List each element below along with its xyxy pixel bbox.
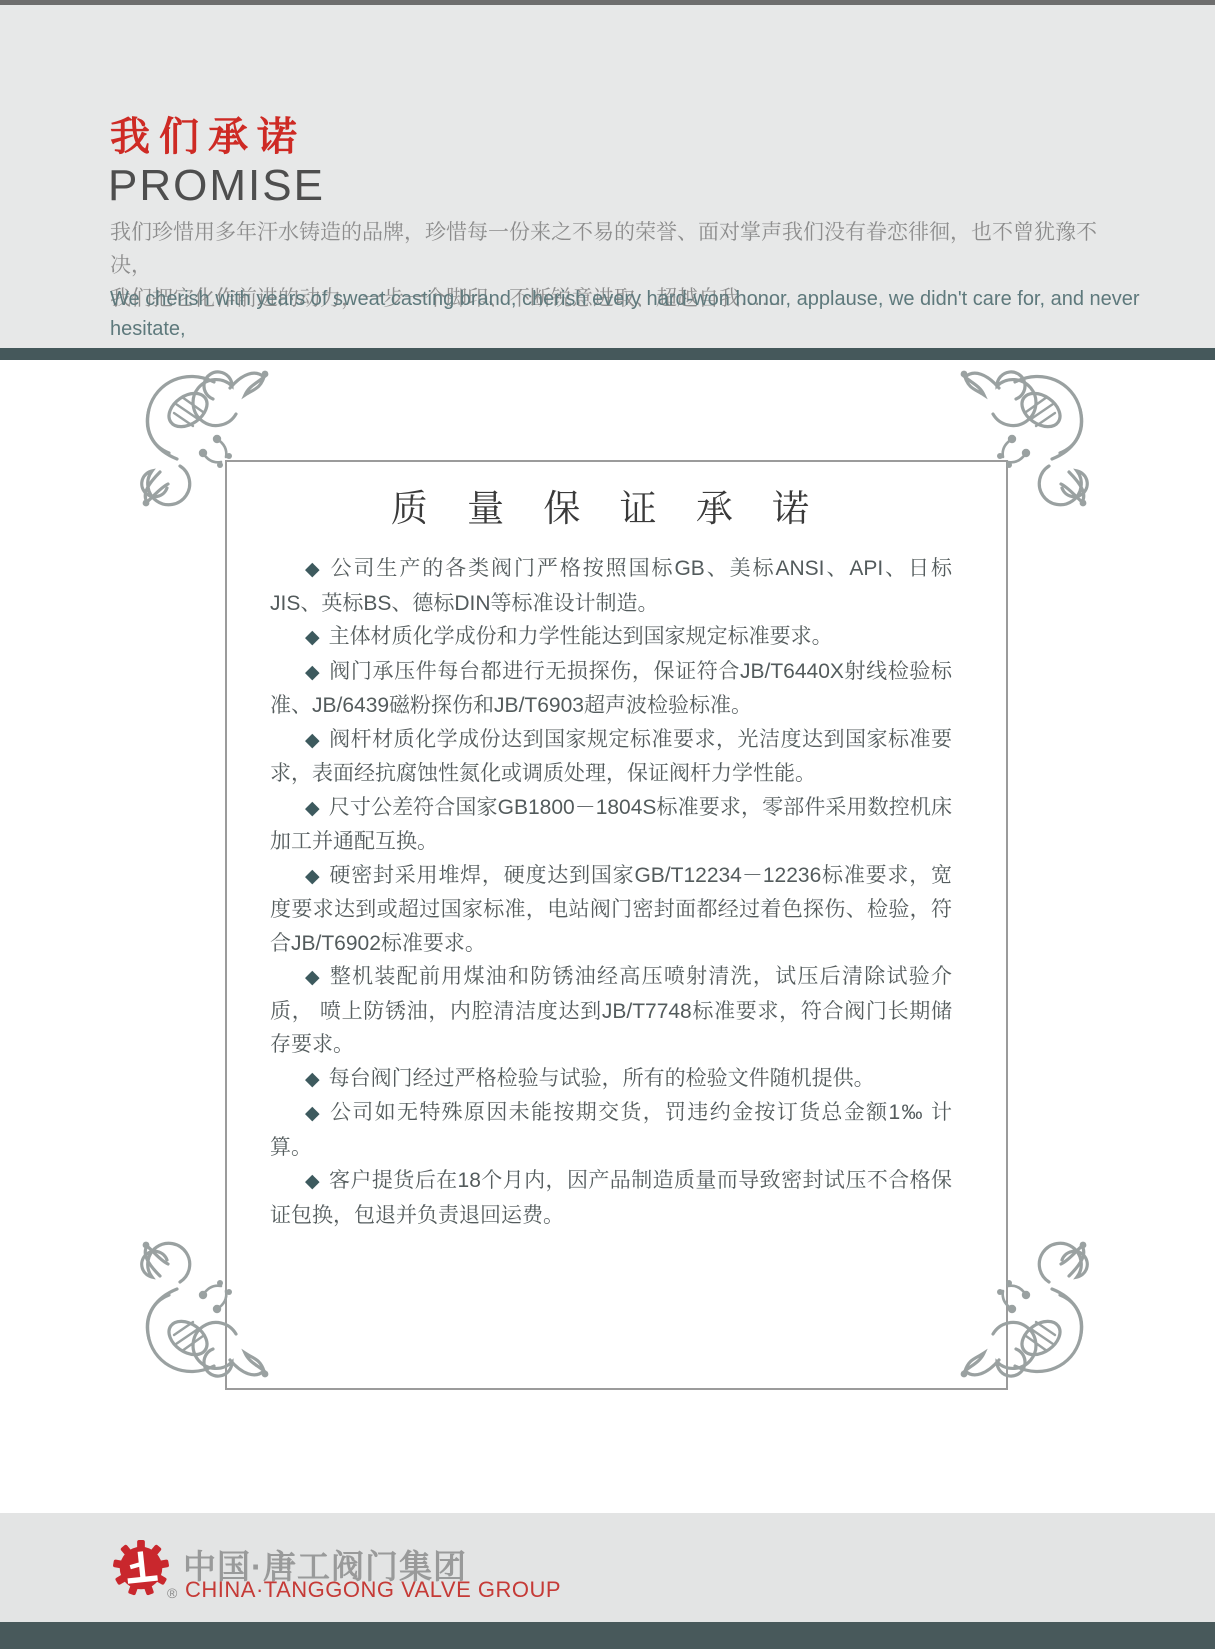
diamond-bullet-icon: ◆ (305, 730, 320, 751)
promise-item-text: 阀门承压件每台都进行无损探伤，保证符合JB/T6440X射线检验标准、JB/64… (270, 660, 952, 718)
corner-flourish-bottom-left-icon (116, 1240, 272, 1396)
intro-en-line1: We cherish with years of sweat casting b… (110, 284, 1170, 344)
diamond-bullet-icon: ◆ (305, 1171, 320, 1192)
page-title-english: PROMISE (108, 164, 325, 208)
intro-cn-line1: 我们珍惜用多年汗水铸造的品牌，珍惜每一份来之不易的荣誉、面对掌声我们没有眷恋徘徊… (110, 216, 1120, 282)
promise-item: ◆整机装配前用煤油和防锈油经高压喷射清洗，试压后清除试验介质， 喷上防锈油，内腔… (270, 960, 952, 1062)
quality-promise-title: 质 量 保 证 承 诺 (0, 478, 1215, 532)
promise-item-text: 主体材质化学成份和力学性能达到国家规定标准要求。 (329, 625, 833, 648)
diamond-bullet-icon: ◆ (305, 866, 320, 887)
promise-item-text: 公司如无特殊原因未能按期交货，罚违约金按订货总金额1‰ 计算。 (270, 1101, 952, 1159)
promise-item-text: 阀杆材质化学成份达到国家规定标准要求，光洁度达到国家标准要求，表面经抗腐蚀性氮化… (270, 728, 952, 786)
promise-item: ◆主体材质化学成份和力学性能达到国家规定标准要求。 (270, 620, 952, 655)
promise-item: ◆每台阀门经过严格检验与试验，所有的检验文件随机提供。 (270, 1062, 952, 1097)
diamond-bullet-icon: ◆ (305, 798, 320, 819)
promise-item: ◆尺寸公差符合国家GB1800－1804S标准要求，零部件采用数控机床加工并通配… (270, 791, 952, 859)
promise-item-text: 客户提货后在18个月内，因产品制造质量而导致密封试压不合格保 证包换，包退并负责… (270, 1169, 952, 1227)
main-section: 质 量 保 证 承 诺 ◆公司生产的各类阀门严格按照国标GB、美标ANSI、AP… (0, 360, 1215, 1513)
promise-item: ◆硬密封采用堆焊，硬度达到国家GB/T12234－12236标准要求，宽度要求达… (270, 859, 952, 961)
header-section: 我们承诺 PROMISE 我们珍惜用多年汗水铸造的品牌，珍惜每一份来之不易的荣誉… (0, 5, 1215, 348)
diamond-bullet-icon: ◆ (305, 1103, 321, 1124)
promise-item-text: 每台阀门经过严格检验与试验，所有的检验文件随机提供。 (329, 1067, 875, 1090)
promise-item: ◆公司生产的各类阀门严格按照国标GB、美标ANSI、API、日标JIS、英标BS… (270, 552, 952, 620)
promise-item: ◆阀杆材质化学成份达到国家规定标准要求，光洁度达到国家标准要求，表面经抗腐蚀性氮… (270, 723, 952, 791)
promise-item-text: 硬密封采用堆焊，硬度达到国家GB/T12234－12236标准要求，宽度要求达到… (270, 864, 952, 955)
brochure-page: 我们承诺 PROMISE 我们珍惜用多年汗水铸造的品牌，珍惜每一份来之不易的荣誉… (0, 0, 1215, 1649)
promise-item-text: 公司生产的各类阀门严格按照国标GB、美标ANSI、API、日标JIS、英标BS、… (270, 557, 952, 615)
promise-item-text: 尺寸公差符合国家GB1800－1804S标准要求，零部件采用数控机床加工并通配互… (270, 796, 952, 854)
promise-item: ◆公司如无特殊原因未能按期交货，罚违约金按订货总金额1‰ 计算。 (270, 1096, 952, 1164)
diamond-bullet-icon: ◆ (305, 559, 322, 580)
diamond-bullet-icon: ◆ (305, 967, 321, 988)
diamond-bullet-icon: ◆ (305, 1069, 320, 1090)
promise-item-text: 整机装配前用煤油和防锈油经高压喷射清洗，试压后清除试验介质， 喷上防锈油，内腔清… (270, 965, 952, 1056)
registered-trademark-symbol: ® (167, 1585, 177, 1601)
promise-item: ◆阀门承压件每台都进行无损探伤，保证符合JB/T6440X射线检验标准、JB/6… (270, 655, 952, 723)
company-name-english: CHINA·TANGGONG VALVE GROUP (185, 1577, 561, 1603)
diamond-bullet-icon: ◆ (305, 627, 320, 648)
diamond-bullet-icon: ◆ (305, 662, 320, 683)
company-gear-logo-icon (112, 1539, 170, 1597)
page-title-chinese: 我们承诺 (110, 117, 306, 157)
corner-flourish-bottom-right-icon (957, 1240, 1113, 1396)
promise-item: ◆客户提货后在18个月内，因产品制造质量而导致密封试压不合格保 证包换，包退并负… (270, 1164, 952, 1232)
footer-section: ® 中国·唐工阀门集团 CHINA·TANGGONG VALVE GROUP (0, 1513, 1215, 1622)
bottom-border-strip (0, 1622, 1215, 1649)
promise-list: ◆公司生产的各类阀门严格按照国标GB、美标ANSI、API、日标JIS、英标BS… (270, 552, 952, 1232)
